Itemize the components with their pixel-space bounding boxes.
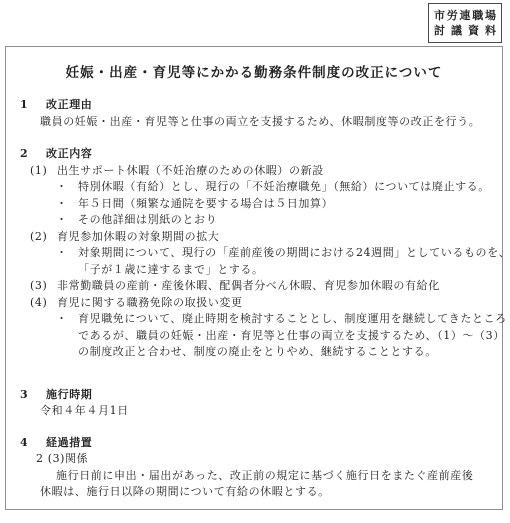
bullet-icon: ・ xyxy=(56,196,78,213)
spacer xyxy=(6,130,502,146)
section-4-body-line2: 休暇は、施行日以降の期間について有給の休暇とする。 xyxy=(6,484,502,501)
item-2-text: 育児参加休暇の対象期間の拡大 xyxy=(57,229,219,246)
section-3-heading-label: 施行時期 xyxy=(46,387,92,404)
section-2-item-1: (1) 出生サポート休暇（不妊治療のための休暇）の新設 xyxy=(6,163,502,180)
item-4-text: 育児に関する職務免除の取扱い変更 xyxy=(57,295,243,312)
item-1-label: (1) xyxy=(30,163,57,180)
item-1-bullet-2-text: 年５日間（頻繁な通院を要する場合は５日加算） xyxy=(78,196,333,213)
item-4-bullet-1-cont-2: の制度改正と合わせ、制度の廃止をとりやめ、継続することとする。 xyxy=(6,344,502,361)
section-3-number: 3 xyxy=(20,387,46,404)
item-2-bullet-1-cont: 「子が１歳に達するまで」とする。 xyxy=(6,262,502,279)
section-4-number: 4 xyxy=(20,435,46,452)
spacer xyxy=(6,420,502,435)
section-4-body-line1: 施行日前に申出・届出があった、改正前の規定に基づく施行日をまたぐ産前産後 xyxy=(6,468,502,485)
corner-note-line1: 市労連職場 xyxy=(434,8,496,23)
section-4-sub-label: 2 (3)関係 xyxy=(6,451,502,468)
section-1-heading-label: 改正理由 xyxy=(46,97,92,114)
section-2-item-4: (4) 育児に関する職務免除の取扱い変更 xyxy=(6,295,502,312)
item-1-bullet-3: ・ その他詳細は別紙のとおり xyxy=(6,212,502,229)
section-2-item-3: (3) 非常勤職員の産前・産後休暇、配偶者分べん休暇、育児参加休暇の有給化 xyxy=(6,278,502,295)
item-2-bullet-1: ・ 対象期間について、現行の「産前産後の期間における24週間」としているものを、 xyxy=(6,245,502,262)
page-title: 妊娠・出産・育児等にかかる勤務条件制度の改正について xyxy=(6,61,502,81)
item-4-bullet-1-text: 育児職免について、廃止時期を検討することとし、制度運用を継続してきたところ xyxy=(78,311,507,328)
section-2-number: 2 xyxy=(20,146,46,163)
document-frame: 妊娠・出産・育児等にかかる勤務条件制度の改正について 1 改正理由 職員の妊娠・… xyxy=(5,46,503,510)
bullet-icon: ・ xyxy=(56,311,78,328)
section-1-heading: 1 改正理由 xyxy=(6,97,502,114)
section-2-heading: 2 改正内容 xyxy=(6,146,502,163)
item-1-bullet-2: ・ 年５日間（頻繁な通院を要する場合は５日加算） xyxy=(6,196,502,213)
item-3-text: 非常勤職員の産前・産後休暇、配偶者分べん休暇、育児参加休暇の有給化 xyxy=(57,278,440,295)
item-1-bullet-1: ・ 特別休暇（有給）とし、現行の「不妊治療職免」（無給）については廃止する。 xyxy=(6,179,502,196)
item-2-bullet-1-text: 対象期間について、現行の「産前産後の期間における24週間」としているものを、 xyxy=(78,245,510,262)
section-1-number: 1 xyxy=(20,97,46,114)
item-4-label: (4) xyxy=(30,295,57,312)
corner-note: 市労連職場 討議資料 xyxy=(428,3,502,43)
item-1-bullet-3-text: その他詳細は別紙のとおり xyxy=(78,212,217,229)
bullet-icon: ・ xyxy=(56,212,78,229)
item-1-bullet-1-text: 特別休暇（有給）とし、現行の「不妊治療職免」（無給）については廃止する。 xyxy=(78,179,490,196)
section-1-body: 職員の妊娠・出産・育児等と仕事の両立を支援するため、休暇制度等の改正を行う。 xyxy=(6,114,502,131)
bullet-icon: ・ xyxy=(56,179,78,196)
item-4-bullet-1: ・ 育児職免について、廃止時期を検討することとし、制度運用を継続してきたところ xyxy=(6,311,502,328)
section-4-heading-label: 経過措置 xyxy=(46,435,92,452)
section-3-body: 令和４年４月1日 xyxy=(6,403,502,420)
item-2-label: (2) xyxy=(30,229,57,246)
item-1-text: 出生サポート休暇（不妊治療のための休暇）の新設 xyxy=(57,163,324,180)
section-3-heading: 3 施行時期 xyxy=(6,387,502,404)
bullet-icon: ・ xyxy=(56,245,78,262)
section-2-heading-label: 改正内容 xyxy=(46,146,92,163)
corner-note-line2: 討議資料 xyxy=(434,23,496,38)
item-3-label: (3) xyxy=(30,278,57,295)
section-2-item-2: (2) 育児参加休暇の対象期間の拡大 xyxy=(6,229,502,246)
section-4-heading: 4 経過措置 xyxy=(6,435,502,452)
spacer xyxy=(6,361,502,387)
item-4-bullet-1-cont-1: であるが、職員の妊娠・出産・育児等と仕事の両立を支援するため、（1）～（3） xyxy=(6,328,502,345)
